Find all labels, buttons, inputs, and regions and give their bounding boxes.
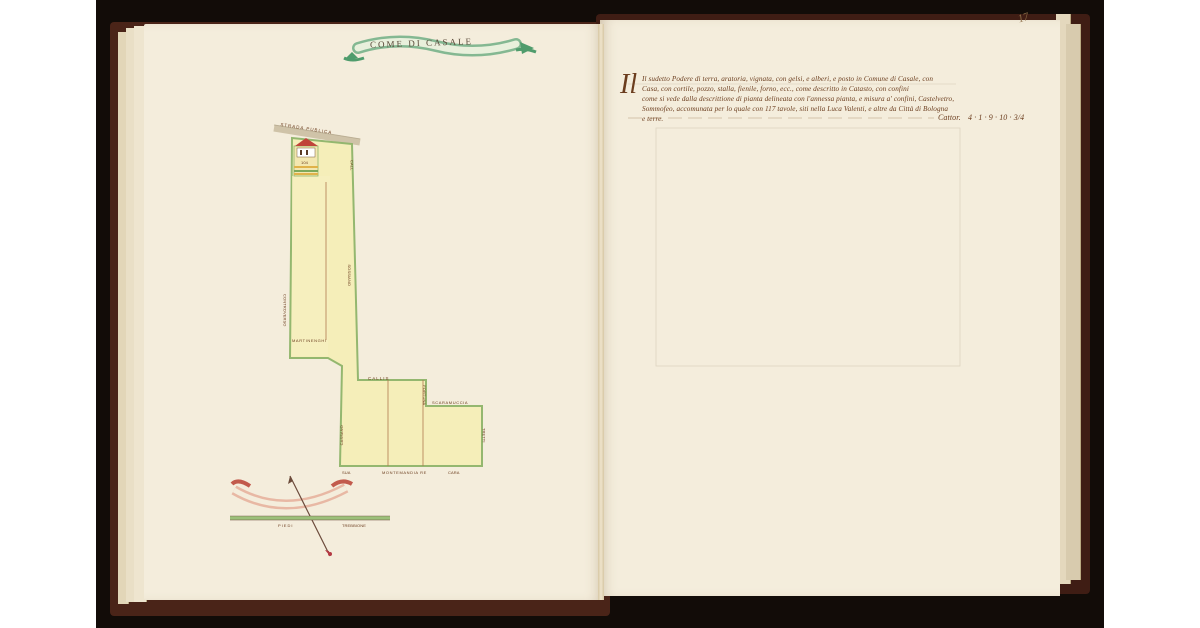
map-label-lower-east-top: FORTUNA (419, 385, 430, 405)
map-label-east-middle: SOSSIANO (344, 264, 355, 286)
entry-initial: Il (620, 70, 637, 100)
map-label-west-upper: CONTROVERSO (279, 294, 290, 326)
entry-line-5: e terre. (642, 114, 663, 125)
map-label-bottom-middle: MONTEMANDIA RE (382, 468, 427, 479)
scale-label-left: PIEDI (278, 521, 293, 532)
map-label-bottom-left: SUA (342, 468, 351, 479)
measure-values: 4 · 1 · 9 · 10 · 3/4 (968, 113, 1024, 124)
entry-line-1: Il sudetto Podere di terra, aratoria, vi… (642, 74, 933, 85)
map-label-middle-step: MARTINENGHI (292, 336, 327, 347)
map-label-bottom-right: CARA (448, 468, 460, 479)
scale-label-right: TREBBIONE (342, 521, 366, 532)
scale-bar-icon (230, 516, 390, 520)
measure-label: Cattor. (938, 113, 961, 124)
entry-line-2: Casa, con cortile, pozzo, stalla, fienil… (642, 84, 909, 95)
map-label-right-block-top: SCARAMUCCIA (432, 398, 468, 409)
map-label-lower-top: CALLIS (368, 374, 390, 385)
book-scan: 17 (96, 0, 1104, 628)
map-label-right-block-east: TRETTI (478, 428, 489, 443)
entry-line-4: Sommofeo, accomunata per lo quale con 11… (642, 104, 948, 115)
map-label-lower-west: CASSANO (337, 425, 348, 445)
map-label-parcel-number: 104 (301, 158, 308, 169)
map-label-east-upper: CALL (346, 160, 357, 170)
entry-line-3: come si vede dalla descrittione di piant… (642, 94, 954, 105)
